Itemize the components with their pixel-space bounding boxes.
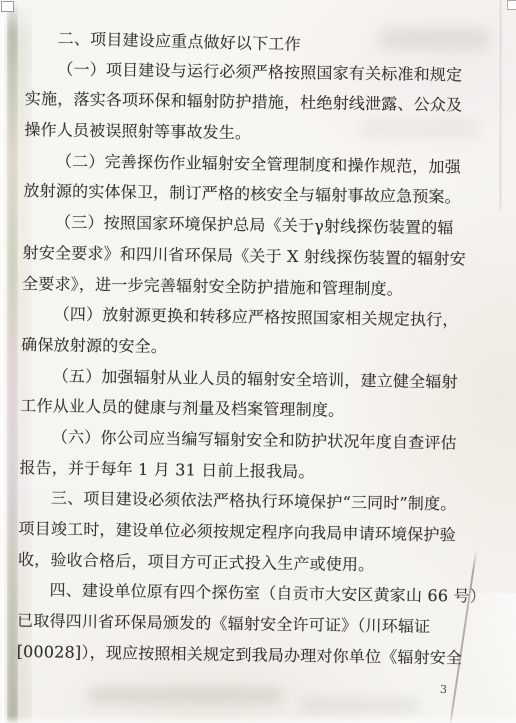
page-bottom-edge-highlight [0, 715, 516, 723]
page-right-edge-line [500, 0, 501, 210]
broken-image-icon [507, 0, 516, 10]
scanned-document-page: 二、项目建设应重点做好以下工作 （一）项目建设与运行必须严格按照国家有关标准和规… [0, 0, 516, 723]
scan-smudge [300, 700, 420, 711]
document-body-text: 二、项目建设应重点做好以下工作 （一）项目建设与运行必须严格按照国家有关标准和规… [16, 23, 464, 674]
bottom-right-corner-highlight [458, 593, 516, 723]
page-number: 3 [440, 683, 447, 696]
broken-image-icon [1, 1, 14, 12]
scan-smudge [88, 688, 283, 703]
text-line: [00028]），现应按照相关规定到我局办理对你单位《辐射安全 [16, 637, 454, 674]
